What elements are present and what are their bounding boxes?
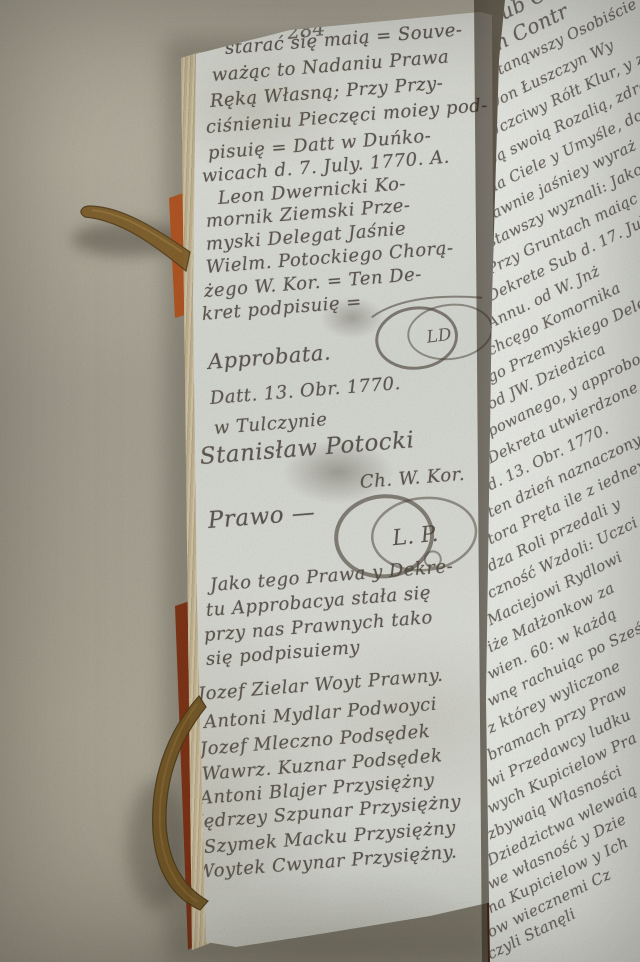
- photo-of-open-manuscript-book: 284 starać się maią = Souve- ważąc to Na…: [0, 0, 640, 962]
- leather-ties-layer: [0, 0, 640, 962]
- leather-tie-top: [81, 206, 190, 271]
